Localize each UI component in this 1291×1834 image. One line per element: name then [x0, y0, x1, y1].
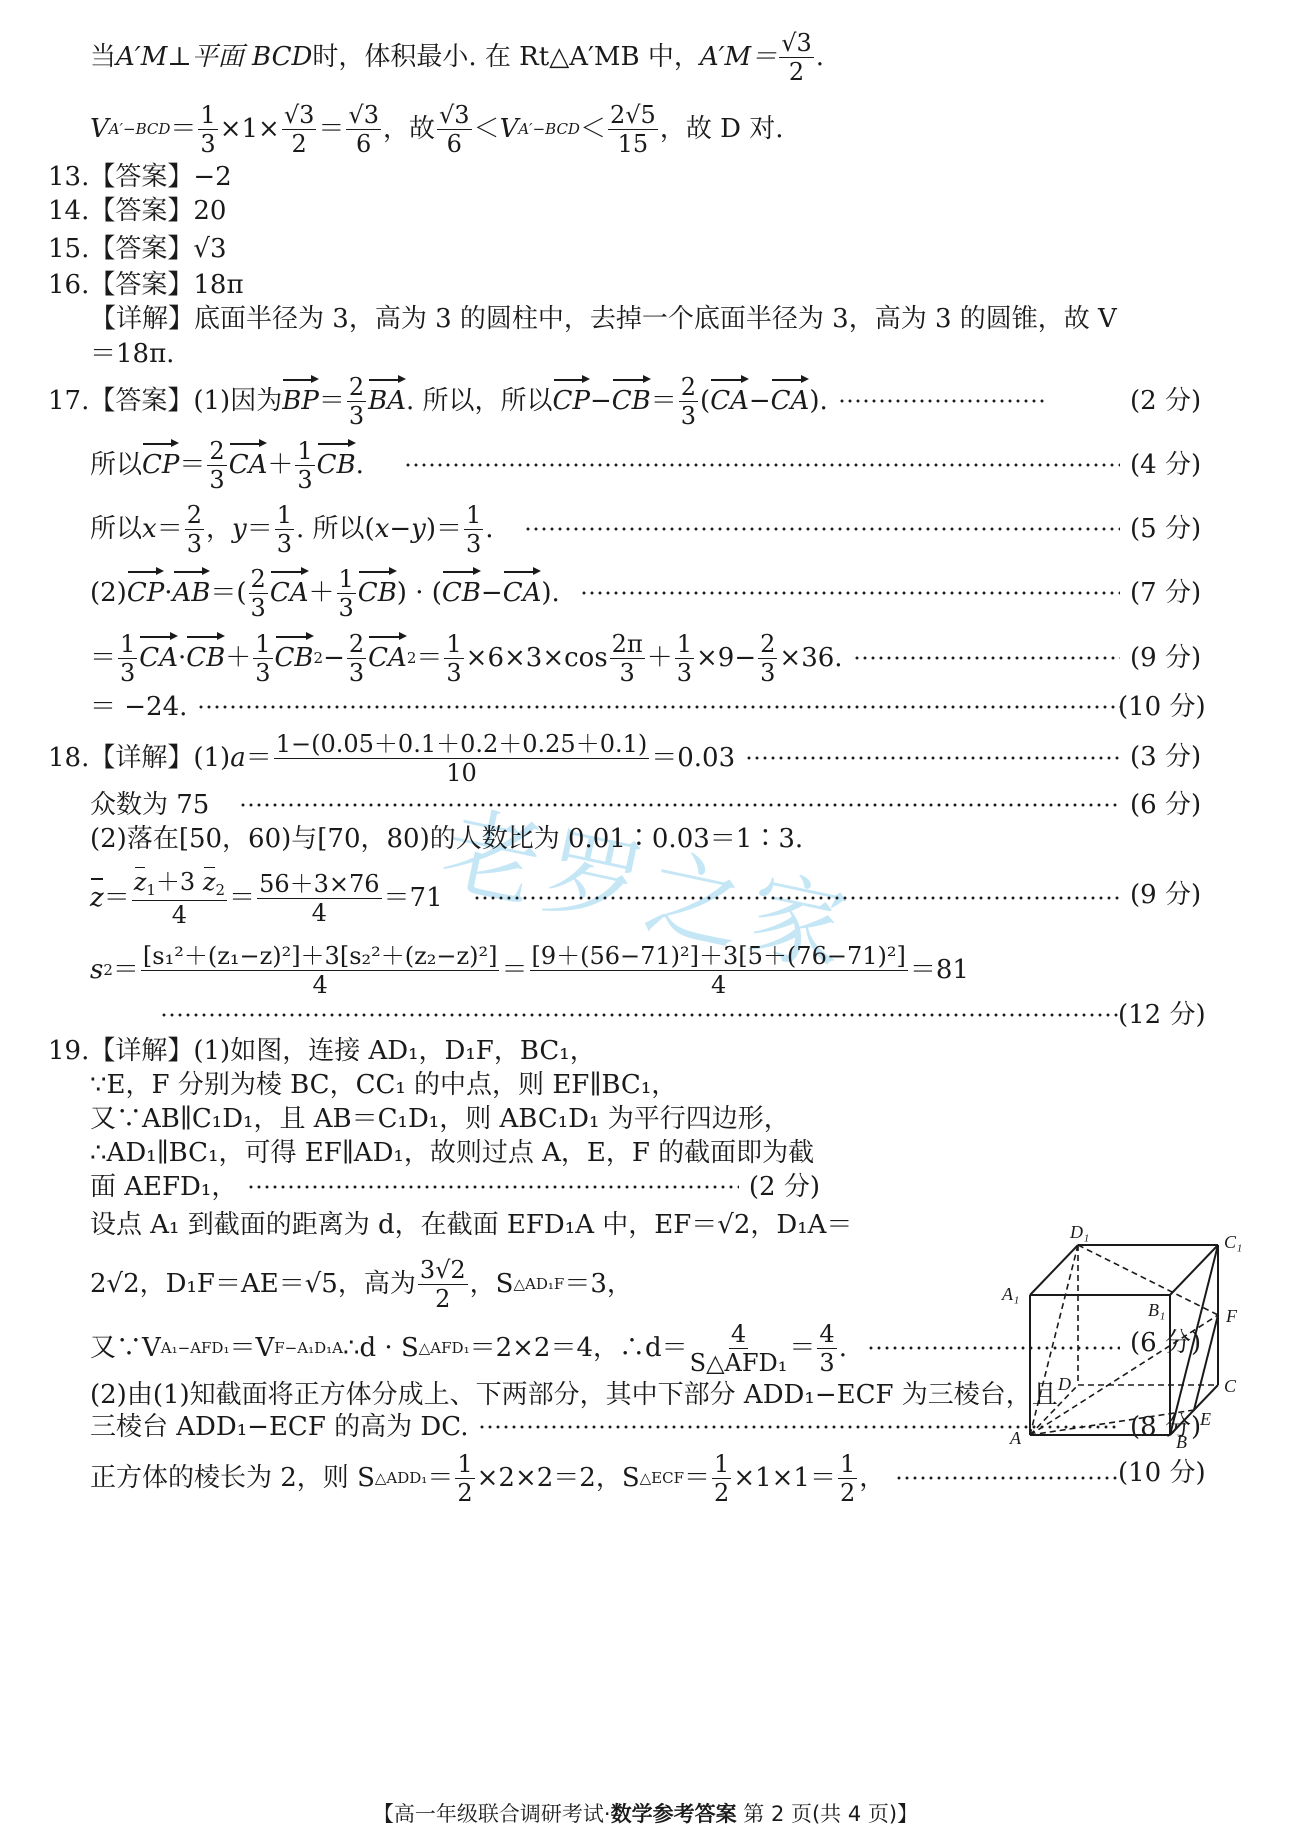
q19-line-4: ∴AD₁∥BC₁，可得 EF∥AD₁，故则过点 A，E，F 的截面即为截: [90, 1136, 814, 1170]
score: (4 分): [1130, 448, 1201, 482]
q19-line-5: 面 AEFD₁，(2 分): [90, 1170, 820, 1204]
score: (2 分): [1130, 384, 1201, 418]
svg-text:C: C: [1224, 1376, 1237, 1396]
score: (6 分): [1130, 788, 1201, 822]
score: (10 分): [1118, 690, 1206, 724]
q17-line-5: ＝ 13 CA · CB ＋ 13 CB2 − 23 CA2 ＝ 13 ×6×3…: [90, 641, 1130, 675]
q19-line-7: 2√2，D₁F＝AE＝√5，高为 3√22 ，S△AD₁F＝3，: [90, 1262, 633, 1306]
score: (9 分): [1130, 641, 1201, 675]
continuation-line-2: VA′−BCD ＝ 13 ×1× √32 ＝ √36 ，故 √36 ＜ VA′−…: [90, 112, 783, 146]
q18-line-2: 众数为 75: [90, 788, 1130, 822]
cube-figure: D₁ C₁ A₁ B₁ F D C E A B: [990, 1210, 1290, 1450]
q19-line-9: (2)由(1)知截面将正方体分成上、下两部分，其中下部分 ADD₁−ECF 为三…: [90, 1378, 1058, 1412]
q16-detail-line-1: 【详解】底面半径为 3，高为 3 的圆柱中，去掉一个底面半径为 3，高为 3 的…: [90, 302, 1117, 336]
q18-line-3: (2)落在[50，60)与[70，80)的人数比为 0.01∶0.03＝1∶3.: [90, 822, 803, 856]
q17-line-1: 17.【答案】 (1)因为 BP ＝ 23 BA . 所以，所以 CP − CB…: [48, 384, 1056, 418]
svg-text:C₁: C₁: [1224, 1232, 1242, 1252]
score: (12 分): [1118, 998, 1206, 1032]
page-footer: 【高一年级联合调研考试·数学参考答案 第 2 页(共 4 页)】: [0, 1798, 1291, 1828]
answer-14: 14.【答案】20: [48, 194, 226, 228]
q19-line-8: 又∵VA₁−AFD₁ ＝VF−A₁D₁A ∴d · S△AFD₁ ＝2×2＝4，…: [90, 1326, 1130, 1370]
q18-line-5: s2＝ [s₁²＋(z₁−z)²]＋3[s₂²＋(z₂−z)²]4 ＝ [9＋(…: [90, 948, 969, 992]
svg-text:A₁: A₁: [1001, 1284, 1019, 1304]
score: (5 分): [1130, 512, 1201, 546]
q19-line-6: 设点 A₁ 到截面的距离为 d，在截面 EFD₁A 中，EF＝√2，D₁A＝: [90, 1208, 852, 1242]
q18-line-1: 18.【详解】(1)a＝ 1−(0.05＋0.1＋0.2＋0.25＋0.1)10…: [48, 738, 1130, 778]
q19-line-11: 正方体的棱长为 2，则 S△ADD₁ ＝ 12 ×2×2＝2，S△ECF ＝ 1…: [90, 1456, 1130, 1500]
svg-text:D₁: D₁: [1069, 1222, 1089, 1242]
q18-line-6: [160, 998, 1130, 1032]
q19-line-3: 又∵AB∥C₁D₁，且 AB＝C₁D₁，则 ABC₁D₁ 为平行四边形，: [90, 1102, 790, 1136]
score: (9 分): [1130, 878, 1201, 912]
document-page: 老罗之家 当 A′M⊥平面 BCD 时，体积最小. 在 Rt△A′MB 中， A…: [0, 0, 1291, 1834]
q17-line-3: 所以 x ＝ 23 ，y ＝ 13 . 所以(x−y)＝ 13 .: [90, 512, 1130, 546]
q17-line-2: 所以 CP ＝ 23 CA ＋ 13 CB .: [90, 448, 1130, 482]
q19-line-10: 三棱台 ADD₁−ECF 的高为 DC.: [90, 1410, 1130, 1444]
continuation-line-1: 当 A′M⊥平面 BCD 时，体积最小. 在 Rt△A′MB 中， A′M＝ √…: [90, 40, 824, 74]
answer-13: 13.【答案】−2: [48, 160, 232, 194]
q17-line-6: ＝ −24.: [90, 690, 1130, 724]
score: (10 分): [1118, 1456, 1206, 1490]
svg-text:D: D: [1057, 1374, 1071, 1394]
svg-text:A: A: [1009, 1428, 1022, 1448]
score: (3 分): [1130, 740, 1201, 774]
svg-text:E: E: [1199, 1409, 1211, 1429]
answer-15: 15.【答案】√3: [48, 232, 226, 266]
score: (7 分): [1130, 576, 1201, 610]
svg-text:B₁: B₁: [1148, 1300, 1165, 1320]
q19-line-1: 19.【详解】(1)如图，连接 AD₁，D₁F，BC₁，: [48, 1034, 596, 1068]
q18-line-4: z＝ z1＋3 z24 ＝ 56＋3×764 ＝71: [90, 878, 1130, 918]
svg-text:B: B: [1176, 1432, 1187, 1450]
leader-dots: [838, 398, 1046, 404]
q17-line-4: (2) CP · AB ＝( 23 CA ＋ 13 CB ) · ( CB − …: [90, 576, 1130, 610]
q16-detail-line-2: ＝18π.: [90, 337, 174, 371]
cube-diagram-icon: D₁ C₁ A₁ B₁ F D C E A B: [990, 1210, 1290, 1450]
svg-text:F: F: [1225, 1306, 1238, 1326]
fraction: √32: [779, 31, 814, 84]
answer-16: 16.【答案】18π: [48, 268, 244, 302]
q19-line-2: ∵E，F 分别为棱 BC，CC₁ 的中点，则 EF∥BC₁，: [90, 1068, 677, 1102]
